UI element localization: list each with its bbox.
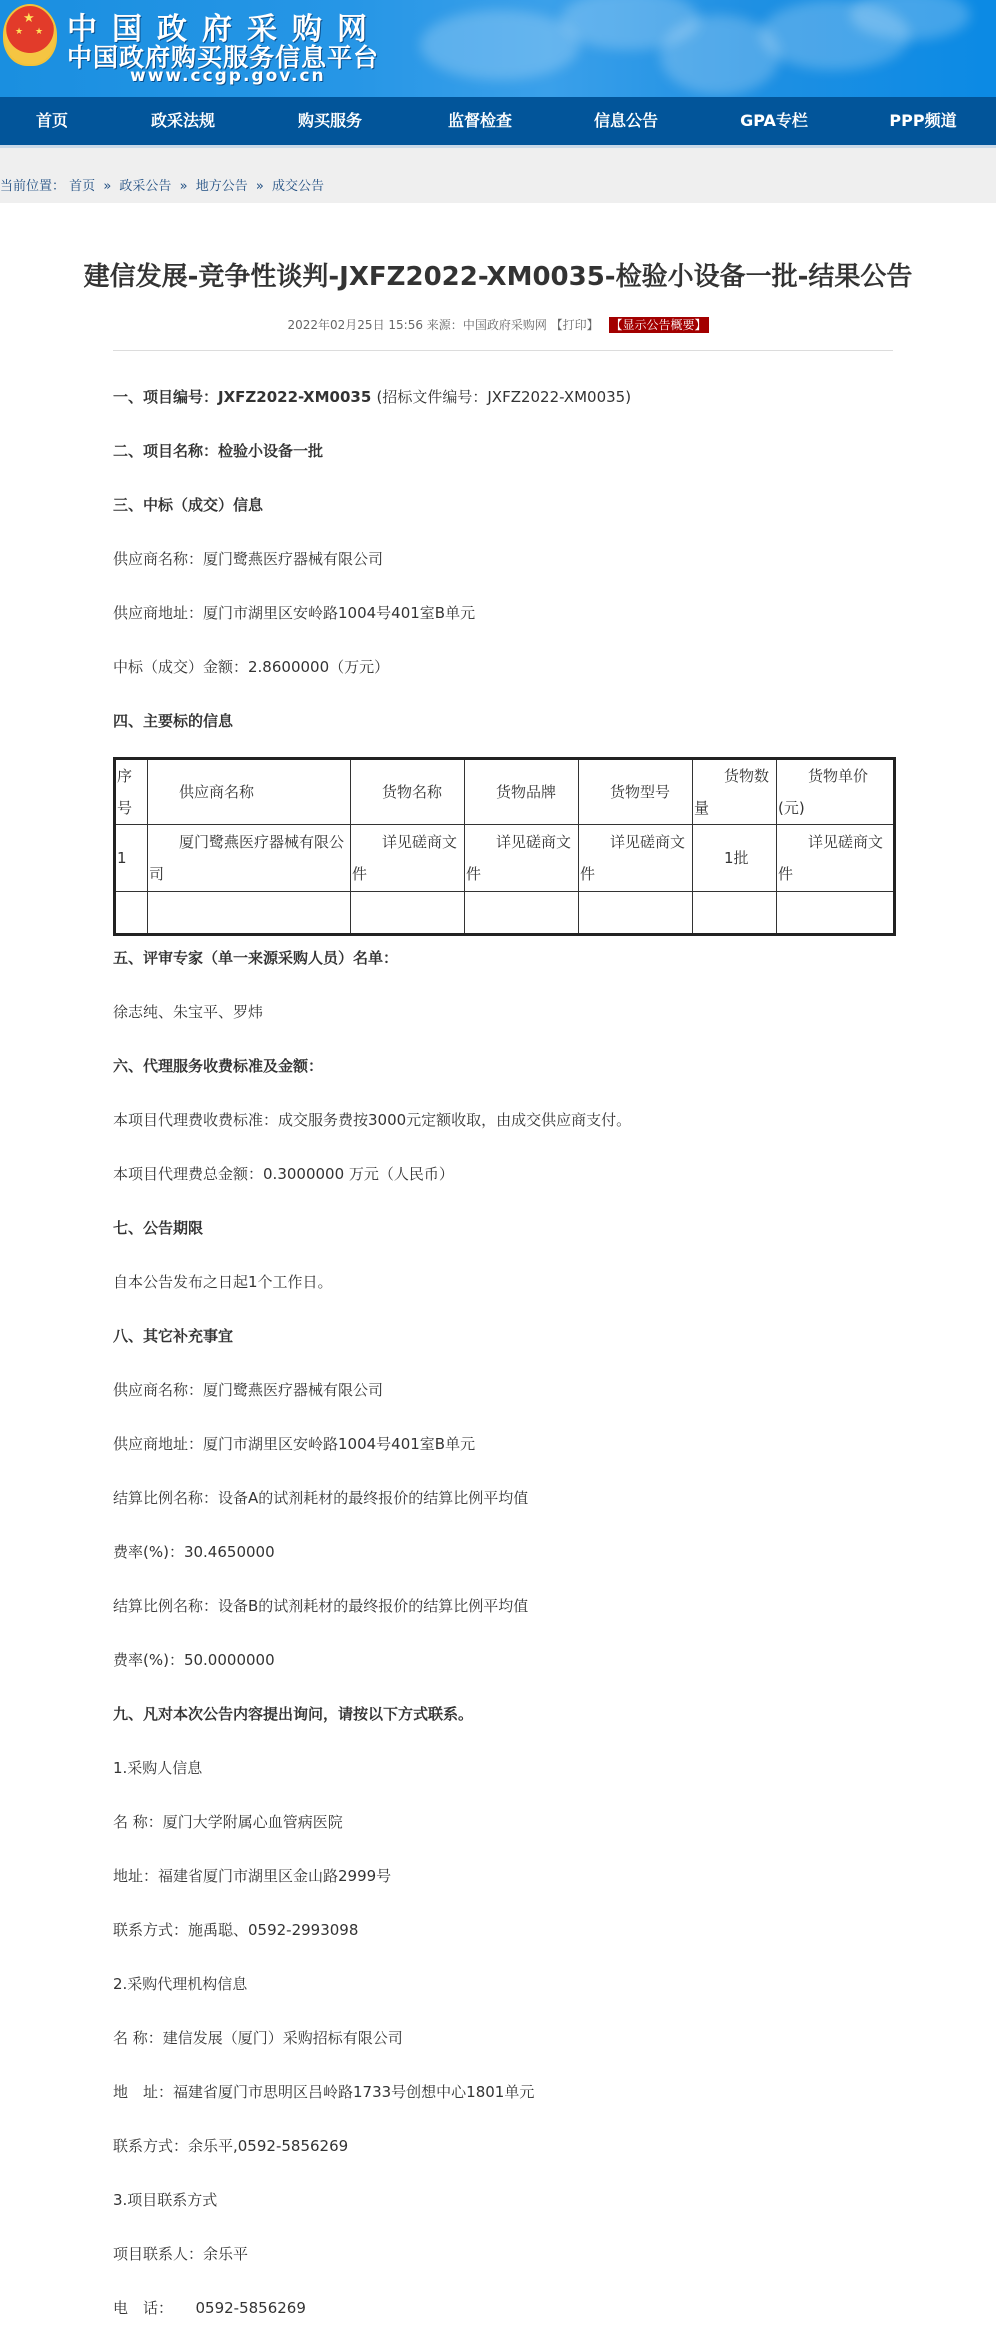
table-header-row: 序号 供应商名称 货物名称 货物品牌 货物型号 货物数量 货物单价(元) [115, 759, 895, 825]
star-icon: ★ [35, 26, 43, 39]
page-title: 建信发展-竞争性谈判-JXFZ2022-XM0035-检验小设备一批-结果公告 [0, 256, 996, 293]
table-cell: 1批 [693, 825, 777, 892]
print-link[interactable]: 【打印】 [551, 318, 599, 332]
breadcrumb-deal-announcements[interactable]: 成交公告 [272, 179, 324, 194]
experts-list: 徐志纯、朱宝平、罗炜 [113, 1001, 263, 1022]
table-header-cell: 货物单价(元) [777, 759, 895, 825]
settlement-ratio-b-rate: 费率(%)：50.0000000 [113, 1649, 275, 1670]
project-contact-heading: 3.项目联系方式 [113, 2189, 217, 2210]
section-notice-period-heading: 七、公告期限 [113, 1217, 203, 1238]
settlement-ratio-a-rate: 费率(%)：30.4650000 [113, 1541, 275, 1562]
site-url: www.ccgp.gov.cn [130, 66, 326, 86]
nav-item-purchase-services[interactable]: 购买服务 [290, 97, 370, 145]
tender-doc-number: (招标文件编号：JXFZ2022-XM0035) [377, 388, 632, 406]
agency-contact: 联系方式：余乐平,0592-5856269 [113, 2135, 348, 2156]
main-items-table: 序号 供应商名称 货物名称 货物品牌 货物型号 货物数量 货物单价(元) 1 厦… [113, 757, 896, 936]
site-header-banner: ★ ★ ★ 中国政府采购网 中国政府购买服务信息平台 www.ccgp.gov.… [0, 0, 996, 97]
publish-datetime: 2022年02月25日 15:56 [287, 318, 422, 332]
purchaser-address: 地址：福建省厦门市湖里区金山路2999号 [113, 1865, 391, 1886]
breadcrumb-procurement-announcements[interactable]: 政采公告 [119, 179, 171, 194]
breadcrumb-home[interactable]: 首页 [69, 179, 95, 194]
source-name: 中国政府采购网 [463, 318, 547, 332]
agency-address: 地 址：福建省厦门市思明区吕岭路1733号创想中心1801单元 [113, 2081, 534, 2102]
main-nav: 首页 政采法规 购买服务 监督检查 信息公告 GPA专栏 PPP频道 [0, 97, 996, 148]
table-cell [579, 892, 693, 935]
breadcrumb-separator: » [103, 179, 111, 194]
project-number-value: JXFZ2022-XM0035 [218, 388, 371, 406]
table-header-cell: 货物型号 [579, 759, 693, 825]
section-main-items-heading: 四、主要标的信息 [113, 710, 233, 731]
table-cell: 详见磋商文件 [777, 825, 895, 892]
table-row: 1 厦门鹭燕医疗器械有限公司 详见磋商文件 详见磋商文件 详见磋商文件 1批 详… [115, 825, 895, 892]
breadcrumb-separator: » [180, 179, 188, 194]
section-project-name: 二、项目名称：检验小设备一批 [113, 440, 323, 461]
nav-item-home[interactable]: 首页 [22, 97, 82, 145]
notice-period: 自本公告发布之日起1个工作日。 [113, 1271, 333, 1292]
star-icon: ★ [23, 12, 35, 25]
table-cell [115, 892, 148, 935]
national-emblem-icon: ★ ★ ★ [3, 4, 57, 66]
extra-supplier-address: 供应商地址：厦门市湖里区安岭路1004号401室B单元 [113, 1433, 475, 1454]
agency-name: 名 称：建信发展（厦门）采购招标有限公司 [113, 2027, 403, 2048]
nav-item-announcements[interactable]: 信息公告 [586, 97, 666, 145]
nav-item-ppp[interactable]: PPP频道 [883, 97, 963, 145]
award-amount: 中标（成交）金额：2.8600000（万元） [113, 656, 389, 677]
purchaser-info-heading: 1.采购人信息 [113, 1757, 202, 1778]
table-cell [465, 892, 579, 935]
purchaser-contact: 联系方式：施禹聪、0592-2993098 [113, 1919, 358, 1940]
table-header-cell: 货物品牌 [465, 759, 579, 825]
breadcrumb-prefix: 当前位置： [0, 179, 65, 194]
project-phone: 电 话： 0592-5856269 [113, 2297, 306, 2318]
breadcrumb: 当前位置： 首页 » 政采公告 » 地方公告 » 成交公告 [0, 175, 324, 194]
nav-item-regulations[interactable]: 政采法规 [143, 97, 223, 145]
table-cell [693, 892, 777, 935]
breadcrumb-separator: » [256, 179, 264, 194]
table-cell: 1 [115, 825, 148, 892]
project-number-label: 一、项目编号： [113, 388, 218, 406]
source-label: 来源： [427, 318, 463, 332]
breadcrumb-local-announcements[interactable]: 地方公告 [196, 179, 248, 194]
table-cell [777, 892, 895, 935]
purchaser-name: 名 称：厦门大学附属心血管病医院 [113, 1811, 343, 1832]
settlement-ratio-a-name: 结算比例名称：设备A的试剂耗材的最终报价的结算比例平均值 [113, 1487, 528, 1508]
table-cell [351, 892, 465, 935]
table-cell: 详见磋商文件 [351, 825, 465, 892]
supplier-address: 供应商地址：厦门市湖里区安岭路1004号401室B单元 [113, 602, 475, 623]
table-cell [148, 892, 351, 935]
agency-info-heading: 2.采购代理机构信息 [113, 1973, 247, 1994]
section-project-number: 一、项目编号：JXFZ2022-XM0035 (招标文件编号：JXFZ2022-… [113, 386, 631, 407]
section-award-info-heading: 三、中标（成交）信息 [113, 494, 263, 515]
cloud-decoration [420, 10, 580, 80]
extra-supplier-name: 供应商名称：厦门鹭燕医疗器械有限公司 [113, 1379, 383, 1400]
section-agency-fee-heading: 六、代理服务收费标准及金额： [113, 1055, 323, 1076]
agency-fee-total: 本项目代理费总金额：0.3000000 万元（人民币） [113, 1163, 454, 1184]
table-header-cell: 序号 [115, 759, 148, 825]
title-divider [113, 350, 893, 351]
show-summary-button[interactable]: 【显示公告概要】 [609, 317, 709, 333]
table-header-cell: 货物名称 [351, 759, 465, 825]
table-header-cell: 货物数量 [693, 759, 777, 825]
table-cell: 厦门鹭燕医疗器械有限公司 [148, 825, 351, 892]
table-cell: 详见磋商文件 [465, 825, 579, 892]
section-experts-heading: 五、评审专家（单一来源采购人员）名单： [113, 947, 398, 968]
star-icon: ★ [15, 26, 23, 39]
project-contact-person: 项目联系人：余乐平 [113, 2243, 248, 2264]
table-row [115, 892, 895, 935]
section-contact-heading: 九、凡对本次公告内容提出询问，请按以下方式联系。 [113, 1703, 473, 1724]
nav-item-supervision[interactable]: 监督检查 [440, 97, 520, 145]
agency-fee-standard: 本项目代理费收费标准：成交服务费按3000元定额收取，由成交供应商支付。 [113, 1109, 631, 1130]
section-other-matters-heading: 八、其它补充事宜 [113, 1325, 233, 1346]
table-header-cell: 供应商名称 [148, 759, 351, 825]
supplier-name: 供应商名称：厦门鹭燕医疗器械有限公司 [113, 548, 383, 569]
settlement-ratio-b-name: 结算比例名称：设备B的试剂耗材的最终报价的结算比例平均值 [113, 1595, 528, 1616]
article-meta: 2022年02月25日 15:56 来源：中国政府采购网 【打印】 【显示公告概… [0, 316, 996, 333]
nav-item-gpa[interactable]: GPA专栏 [734, 97, 814, 145]
table-cell: 详见磋商文件 [579, 825, 693, 892]
